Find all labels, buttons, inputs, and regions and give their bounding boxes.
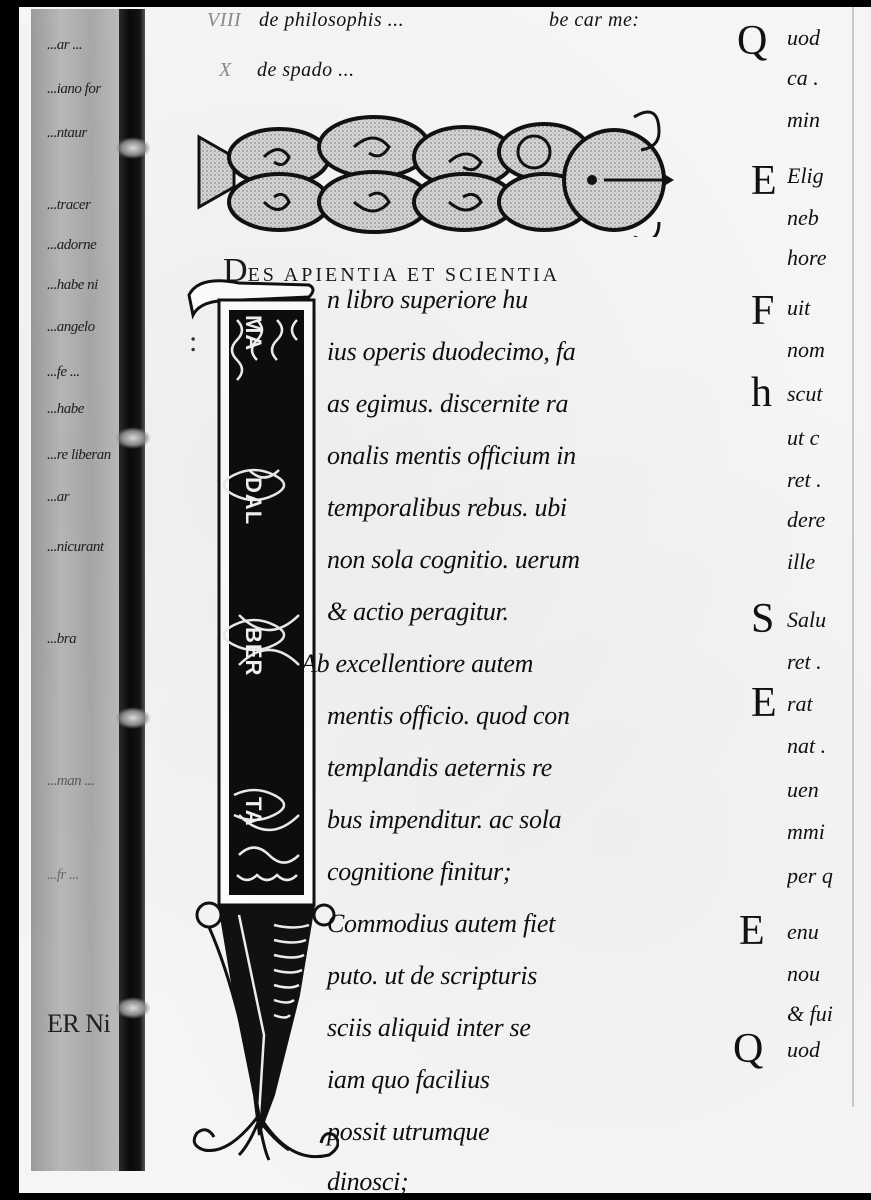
text-line: ius operis duodecimo, fa <box>327 337 575 367</box>
text-line: dinosci; <box>327 1167 408 1193</box>
right-text-line: min <box>787 107 853 133</box>
right-text-line: hore <box>787 245 853 271</box>
heading-numeral-2: X <box>219 59 232 82</box>
right-initial: E <box>751 679 777 727</box>
text-line: possit utrumque <box>327 1117 489 1147</box>
strip-line: ...adorne <box>47 237 96 254</box>
right-text-line: & fui <box>787 1001 853 1027</box>
right-text-line: mmi <box>787 819 853 845</box>
right-initial: Q <box>737 17 767 65</box>
text-line: n libro superiore hu <box>327 285 528 315</box>
text-line: mentis officio. quod con <box>327 701 570 731</box>
right-text-line: uen <box>787 777 853 803</box>
strip-line: ...re liberan <box>47 447 111 464</box>
strip-line: ER Ni <box>47 1009 110 1039</box>
right-initial: Q <box>733 1025 763 1073</box>
heading-line-2: de spado ... <box>257 59 355 82</box>
decorated-initial-i <box>179 275 339 1175</box>
right-text-line: uod <box>787 1037 853 1063</box>
text-line: iam quo facilius <box>327 1065 490 1095</box>
strip-line: ...habe ni <box>47 277 98 294</box>
text-line: as egimus. discernite ra <box>327 389 568 419</box>
right-text-line: ret . <box>787 467 853 493</box>
binding-stitch <box>115 137 151 159</box>
strip-line: ...fe ... <box>47 364 80 381</box>
right-text-line: uod <box>787 25 853 51</box>
strip-line: ...iano for <box>47 81 101 98</box>
right-text-line: ut c <box>787 425 853 451</box>
heading-numeral: VIII <box>207 9 241 32</box>
text-line: & actio peragitur. <box>327 597 509 627</box>
text-line: non sola cognitio. uerum <box>327 545 580 575</box>
binding-stitch <box>115 997 151 1019</box>
right-text-line: nat . <box>787 733 853 759</box>
strip-line: ...fr ... <box>47 867 79 884</box>
strip-line: ...angelo <box>47 319 95 336</box>
binding-stitch <box>115 427 151 449</box>
right-text-line: enu <box>787 919 853 945</box>
initial-inscription: DAL <box>231 477 275 525</box>
strip-line: ...ntaur <box>47 125 87 142</box>
binding-stitch <box>115 707 151 729</box>
text-line: templandis aeternis re <box>327 753 552 783</box>
strip-line: ...ar ... <box>47 37 82 54</box>
right-text-line: per q <box>787 863 853 889</box>
strip-line: ...ar <box>47 489 69 506</box>
right-text-line: ret . <box>787 649 853 675</box>
text-line: Ab excellentiore autem <box>301 649 533 679</box>
text-line: cognitione finitur; <box>327 857 511 887</box>
strip-line: ...man ... <box>47 773 94 790</box>
right-initial: S <box>751 595 774 643</box>
text-line: Commodius autem fiet <box>327 909 555 939</box>
initial-inscription: BER <box>231 627 275 676</box>
right-text-line: scut <box>787 381 853 407</box>
right-text-line: neb <box>787 205 853 231</box>
manuscript-page: ...ar ... ...iano for ...ntaur ...tracer… <box>19 7 871 1193</box>
text-line: temporalibus rebus. ubi <box>327 493 567 523</box>
strip-line: ...bra <box>47 631 76 648</box>
text-line: sciis aliquid inter se <box>327 1013 531 1043</box>
right-text-line: Salu <box>787 607 853 633</box>
right-text-line: uit <box>787 295 853 321</box>
text-line: onalis mentis officium in <box>327 441 576 471</box>
right-initial: F <box>751 287 774 335</box>
right-text-line: nom <box>787 337 853 363</box>
right-text-line: ille <box>787 549 853 575</box>
decorative-interlace-band <box>194 102 674 237</box>
text-line: puto. ut de scripturis <box>327 961 537 991</box>
right-text-line: Elig <box>787 163 853 189</box>
heading-line-1: de philosophis ... <box>259 9 404 32</box>
initial-inscription: TA <box>231 797 275 827</box>
right-text-line: nou <box>787 961 853 987</box>
heading-line-1-right: be car me: <box>549 9 640 32</box>
right-text-line: dere <box>787 507 853 533</box>
right-initial: E <box>751 157 777 205</box>
right-text-line: ca . <box>787 65 853 91</box>
strip-line: ...habe <box>47 401 84 418</box>
right-initial: h <box>751 369 772 417</box>
right-initial: E <box>739 907 765 955</box>
text-line: bus impenditur. ac sola <box>327 805 561 835</box>
strip-line: ...nicurant <box>47 539 104 556</box>
column-ruling <box>852 7 854 1107</box>
initial-inscription: MA <box>231 315 275 351</box>
strip-line: ...tracer <box>47 197 90 214</box>
right-text-line: rat <box>787 691 853 717</box>
